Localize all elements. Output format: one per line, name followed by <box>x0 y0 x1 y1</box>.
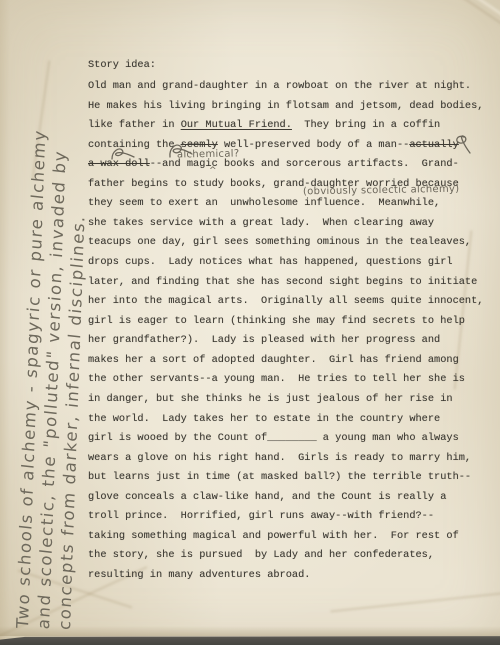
typed-segment: girl is wooed by the Count of________ a … <box>88 432 459 444</box>
typed-segment: Old man and grand-daughter in a rowboat … <box>88 80 471 92</box>
typed-segment: taking something magical and powerful wi… <box>88 530 459 542</box>
typed-line: she takes service with a great lady. Whe… <box>88 215 434 232</box>
crease <box>330 590 500 613</box>
typed-segment: her grandfather?). Lady is pleased with … <box>88 334 440 346</box>
typed-line: girl is eager to learn (thinking she may… <box>88 313 465 330</box>
typed-line: resulting in many adventures abroad. <box>88 567 310 584</box>
typed-segment: in danger, but she thinks he is just jea… <box>88 393 453 405</box>
typed-line: taking something magical and powerful wi… <box>88 528 459 545</box>
typed-line: containing the seemly well-preserved bod… <box>88 137 459 154</box>
typed-segment: but learns just in time (at masked ball?… <box>88 471 471 483</box>
delete-loop-icon <box>452 133 478 155</box>
typed-line: girl is wooed by the Count of________ a … <box>88 430 459 447</box>
typed-segment: troll prince. Horrified, girl runs away-… <box>88 510 434 522</box>
typed-line: wears a glove on his right hand. Girls i… <box>88 450 471 467</box>
typed-line: Old man and grand-daughter in a rowboat … <box>88 78 471 95</box>
delete-loop-icon <box>110 146 136 162</box>
delete-loop-icon <box>168 142 194 160</box>
typed-line: in danger, but she thinks he is just jea… <box>88 391 453 408</box>
typed-segment: her into the magical arts. Originally al… <box>88 295 483 307</box>
typed-segment: makes her a sort of adopted daughter. Gi… <box>88 354 459 366</box>
typed-segment: He makes his living bringing in flotsam … <box>88 100 483 112</box>
typed-segment: girl is eager to learn (thinking she may… <box>88 315 465 327</box>
typed-segment: They bring in a coffin <box>292 119 440 131</box>
handwritten-caret: ^ <box>209 166 217 176</box>
typed-segment: the world. Lady takes her to estate in t… <box>88 413 440 425</box>
typed-line: the other servants--a young man. He trie… <box>88 371 465 388</box>
typed-segment: wears a glove on his right hand. Girls i… <box>88 452 471 464</box>
typed-line: her grandfather?). Lady is pleased with … <box>88 332 440 349</box>
typed-line: the world. Lady takes her to estate in t… <box>88 411 440 428</box>
typed-segment: drops cups. Lady notices what has happen… <box>88 256 453 268</box>
typed-segment: glove conceals a claw-like hand, and the… <box>88 491 446 503</box>
typed-segment: teacups one day, girl sees something omi… <box>88 236 471 248</box>
typed-segment: resulting in many adventures abroad. <box>88 569 310 581</box>
typed-line: later, and finding that she has second s… <box>88 274 477 291</box>
typed-line: glove conceals a claw-like hand, and the… <box>88 489 446 506</box>
typed-segment: the other servants--a young man. He trie… <box>88 373 465 385</box>
typed-line: teacups one day, girl sees something omi… <box>88 234 471 251</box>
typed-line: like father in Our Mutual Friend. They b… <box>88 117 440 134</box>
typed-segment: well-preserved body of a man-- <box>218 139 410 151</box>
typed-line: but learns just in time (at masked ball?… <box>88 469 471 486</box>
typed-segment: like father in <box>88 119 181 131</box>
typed-heading: Story idea: <box>88 57 156 74</box>
margin-note: Two schools of alchemy - spagyric or pur… <box>12 68 95 630</box>
typed-line: they seem to exert an unwholesome influe… <box>88 195 440 212</box>
typed-line: her into the magical arts. Originally al… <box>88 293 483 310</box>
typed-line: drops cups. Lady notices what has happen… <box>88 254 453 271</box>
typed-segment: they seem to exert an unwholesome influe… <box>88 197 440 209</box>
typed-segment: later, and finding that she has second s… <box>88 276 477 288</box>
paper-bottom-edge <box>0 626 500 636</box>
paper-sheet: Story idea: Old man and grand-daughter i… <box>0 0 500 645</box>
typed-line: the story, she is pursued by Lady and he… <box>88 547 434 564</box>
typed-line: makes her a sort of adopted daughter. Gi… <box>88 352 459 369</box>
typed-line: He makes his living bringing in flotsam … <box>88 98 483 115</box>
typed-segment: the story, she is pursued by Lady and he… <box>88 549 434 561</box>
typed-segment: Our Mutual Friend. <box>181 119 292 131</box>
typed-line: a wax doll--and magic books and sorcerou… <box>88 156 459 173</box>
typed-line: troll prince. Horrified, girl runs away-… <box>88 508 434 525</box>
typed-segment: she takes service with a great lady. Whe… <box>88 217 434 229</box>
